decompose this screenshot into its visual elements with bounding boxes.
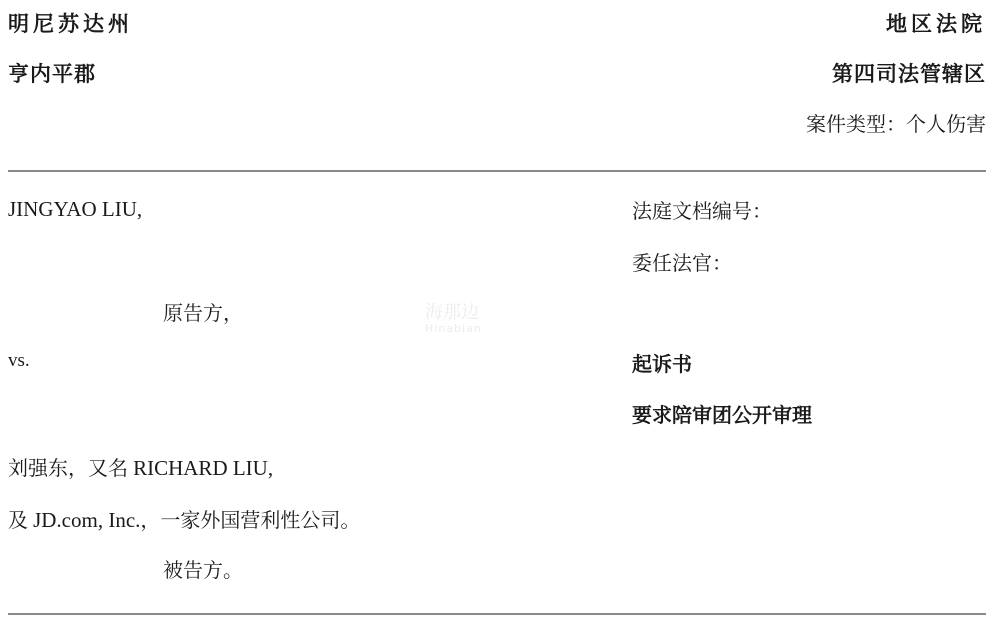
defendant-line-2: 及 JD.com, Inc.，一家外国营利性公司。 [8, 504, 360, 533]
county-name: 亨内平郡 [8, 58, 96, 88]
watermark-en: Hinabian [425, 322, 482, 335]
document-title: 起诉书 [632, 348, 692, 377]
defendant-role: 被告方。 [163, 554, 243, 583]
plaintiff-name: JINGYAO LIU, [8, 197, 142, 222]
judicial-district: 第四司法管辖区 [832, 58, 986, 88]
defendant-company-en: JD.com, Inc. [33, 508, 140, 532]
top-divider [8, 170, 986, 172]
document-subtitle: 要求陪审团公开审理 [632, 399, 812, 428]
watermark-zh: 海那边 [425, 302, 479, 323]
versus-label: vs. [8, 350, 30, 372]
court-name: 地区法院 [886, 8, 986, 38]
defendant-name-en: RICHARD LIU, [133, 456, 273, 480]
defendant-name-zh: 刘强东，又名 [8, 456, 128, 480]
defendant-company-desc: ，一家外国营利性公司。 [140, 508, 360, 532]
watermark: 海那边 Hinabian [425, 298, 482, 335]
defendant-and: 及 [8, 508, 28, 532]
defendant-line-1: 刘强东，又名 RICHARD LIU, [8, 452, 273, 481]
assigned-judge-label: 委任法官： [632, 247, 732, 276]
state-name: 明尼苏达州 [8, 8, 133, 38]
plaintiff-role: 原告方， [163, 297, 243, 326]
case-type: 案件类型：个人伤害 [806, 108, 986, 137]
bottom-divider [8, 613, 986, 615]
court-file-number-label: 法庭文档编号： [632, 195, 772, 224]
